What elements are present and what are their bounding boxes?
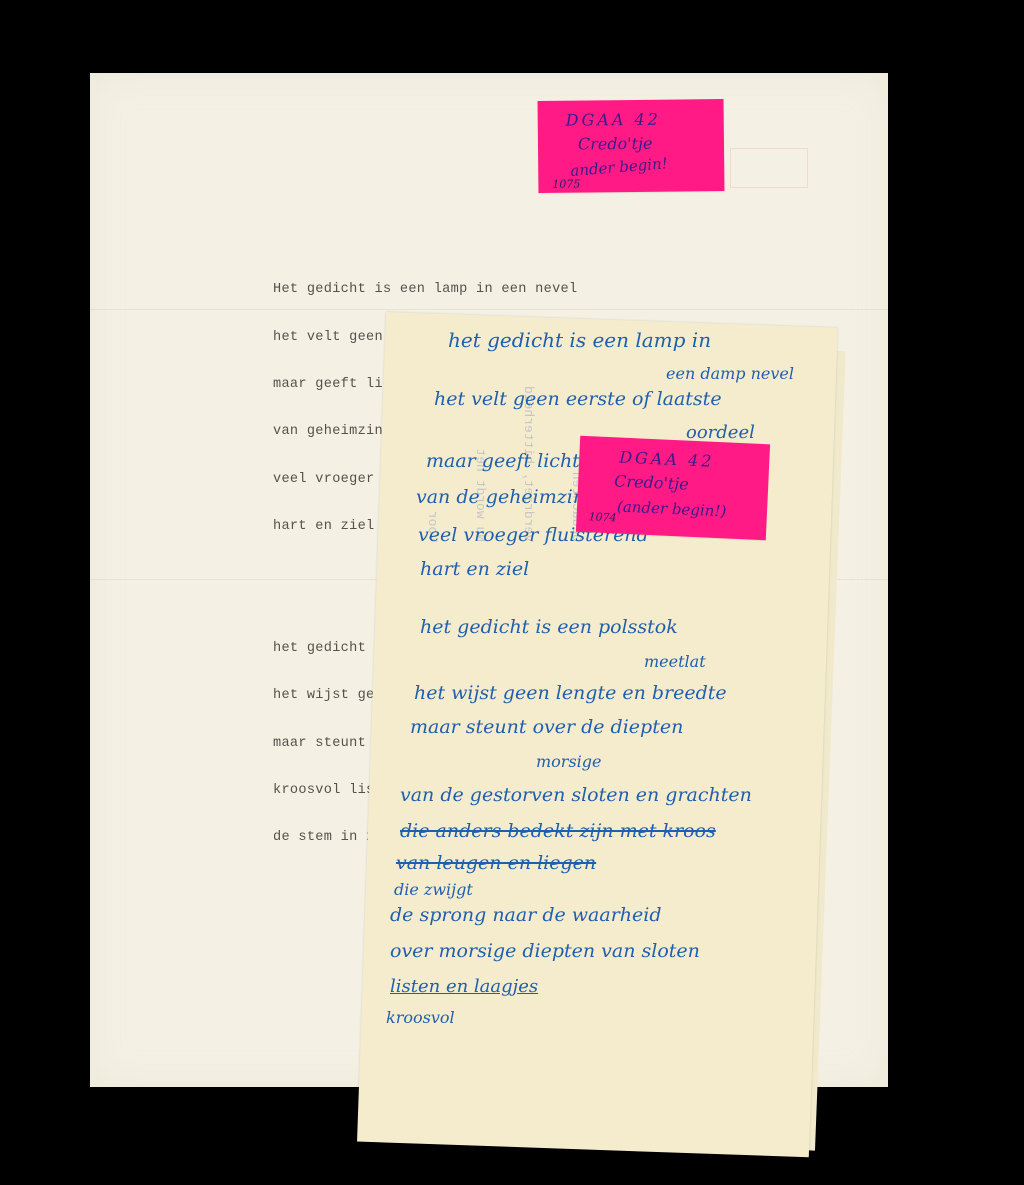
handwritten-line: morsige [536,752,602,771]
archive-label-1075: DGAA 42 Credo'tje ander begin! 1075 [538,99,725,193]
label-note: (ander begin!) [617,497,727,520]
label-note: ander begin! [570,154,669,180]
label-title: Credo'tje [614,471,689,493]
handwritten-line: de sprong naar de waarheid [390,904,662,926]
typed-line: Het gedicht is een lamp in een nevel [273,282,603,298]
handwritten-line: maar steunt over de diepten [410,716,683,738]
handwritten-line: het gedicht is een lamp in [448,328,711,352]
handwritten-line: hart en ziel [420,558,529,580]
label-number: 1074 [588,510,617,524]
handwritten-line: maar geeft licht [426,450,580,472]
faint-stamp-outline [730,148,808,188]
handwritten-line: die zwijgt [394,880,473,899]
handwritten-line: over morsige diepten van sloten [390,940,700,962]
handwritten-line-struck: van leugen en liegen [396,852,596,874]
handwritten-line: het gedicht is een polsstok [420,616,678,638]
label-code: DGAA 42 [619,448,715,471]
handwritten-line-struck: die anders bedekt zijn met kroos [400,820,716,842]
label-number: 1075 [552,178,580,191]
handwritten-line: meetlat [644,652,706,671]
handwritten-line: van de gestorven sloten en grachten [400,784,752,806]
handwritten-line: het velt geen eerste of laatste [434,388,722,410]
label-title: Credo'tje [578,134,653,154]
handwritten-line: oordeel [686,422,755,443]
handwritten-line: listen en laagjes [390,976,538,997]
archive-label-1074: DGAA 42 Credo'tje (ander begin!) 1074 [576,436,770,541]
handwritten-line: een damp nevel [666,364,794,383]
handwritten-line: kroosvol [386,1008,455,1027]
label-code: DGAA 42 [566,110,661,130]
handwritten-line: het wijst geen lengte en breedte [414,682,727,704]
